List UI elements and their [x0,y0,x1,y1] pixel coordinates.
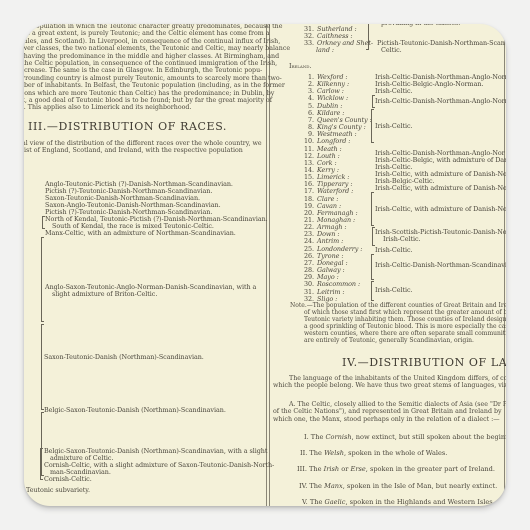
language-item: II. The Welsh, spoken in the whole of Wa… [300,449,447,457]
text-line: al view of the distribution of the diffe… [24,140,262,147]
county-row: land : [316,47,334,54]
text-line: ower classes, the two national elements,… [24,45,262,52]
bracket [41,324,42,410]
footnote: Teutonic subvariety. [26,487,90,494]
text-line: rk, a good deal of Teutonic blood is to … [24,97,262,104]
bracket [371,281,372,301]
bracket [40,448,41,480]
text-line: , the Celtic population, in consequence … [24,60,262,67]
bracket [41,412,42,476]
race-text: Celtic. [381,47,402,54]
note-paragraph: Note.—The population of the different co… [290,303,504,344]
bottom-entry: Cornish-Celtic. [44,476,92,483]
bracket [42,216,43,229]
document-card: ... a population in which the Teutonic c… [24,24,506,506]
text-line: The language of the inhabitants of the U… [273,375,505,382]
text-line: urrounding country is almost purely Teut… [24,75,262,82]
ireland-heading: Ireland. [289,63,311,70]
county-row: 32.Sligo : [298,296,337,303]
group-entry: Saxon-Teutonic-Danish (Northman)-Scandin… [44,354,204,361]
text-line: are entirely of Teutonic, generally Scan… [290,338,504,345]
text-line: y, is a great extent, is purely Teutonic… [24,30,262,37]
bracket [371,109,372,143]
language-item: IV. The Manx, spoken in the Isle of Man,… [299,482,497,490]
section-heading-languages: IV.—DISTRIBUTION OF LANGUAG [342,356,506,369]
race-text: Irish-Celtic. [375,247,412,254]
race-text: Irish-Celtic. [383,236,420,243]
celtic-paragraph: A. The Celtic, closely allied to the Sem… [273,401,505,423]
race-text: Irish-Celtic. [375,287,412,294]
text-line: which one, the Manx, stood perhaps only … [273,416,505,423]
text-line: of the Celtic Nations"), and represented… [273,408,505,415]
race-text: Irish-Celtic, with admixture of Danish-N… [375,185,506,192]
text-line: A. The Celtic, closely allied to the Sem… [273,401,505,408]
language-intro: The language of the inhabitants of the U… [273,375,505,390]
text-line: Wales, and Scotland). In Liverpool, in c… [24,38,262,45]
section-intro: al view of the distribution of the diffe… [24,140,262,155]
scotland-top-text: prevailing in the classes. [381,24,460,27]
section-heading-races: III.—DISTRIBUTION OF RACES. [28,120,227,133]
text-line: list of England, Scotland, and Ireland, … [24,147,262,154]
document-page: ... a population in which the Teutonic c… [24,24,506,506]
bracket [372,227,373,246]
intro-paragraph: ... a population in which the Teutonic c… [24,24,262,112]
county-row: 33.Orkney and Shet- [298,40,373,47]
bracket [372,95,373,108]
race-text: Irish-Celtic, with admixture of Danish-N… [375,206,506,213]
race-text: Irish-Celtic-Danish-Northman-Scandinavia [375,262,506,269]
language-item: V. The Gaelic, spoken in the Highlands a… [302,498,493,506]
race-text: Irish-Celtic-Danish-Northman-Anglo-Norm [375,98,506,105]
group-entry: slight admixture of Briton-Celtic. [52,291,157,298]
language-item: III. The Irish or Erse, spoken in the gr… [297,465,495,473]
text-line: ts. This applies also to Limerick and it… [24,104,262,111]
bracket [41,237,42,322]
text-line: e having the predominance in the middle … [24,53,262,60]
bracket [371,254,372,280]
text-line: increase. The same is the case in Glasgo… [24,67,262,74]
race-entry: Manx-Celtic, with an admixture of Northm… [45,230,236,237]
race-text: Irish-Celtic. [375,123,412,130]
bracket [371,192,372,226]
race-text: Irish-Celtic. [375,88,412,95]
text-line: mber of inhabitants. In Belfast, the Teu… [24,82,262,89]
language-item: I. The Cornish, now extinct, but still s… [304,433,506,441]
text-line: rsons which are more Teutonic than Celti… [24,90,262,97]
group-entry: Belgic-Saxon-Teutonic-Danish (Northman)-… [44,407,226,414]
text-line: which the people belong. We have thus tw… [273,382,505,389]
